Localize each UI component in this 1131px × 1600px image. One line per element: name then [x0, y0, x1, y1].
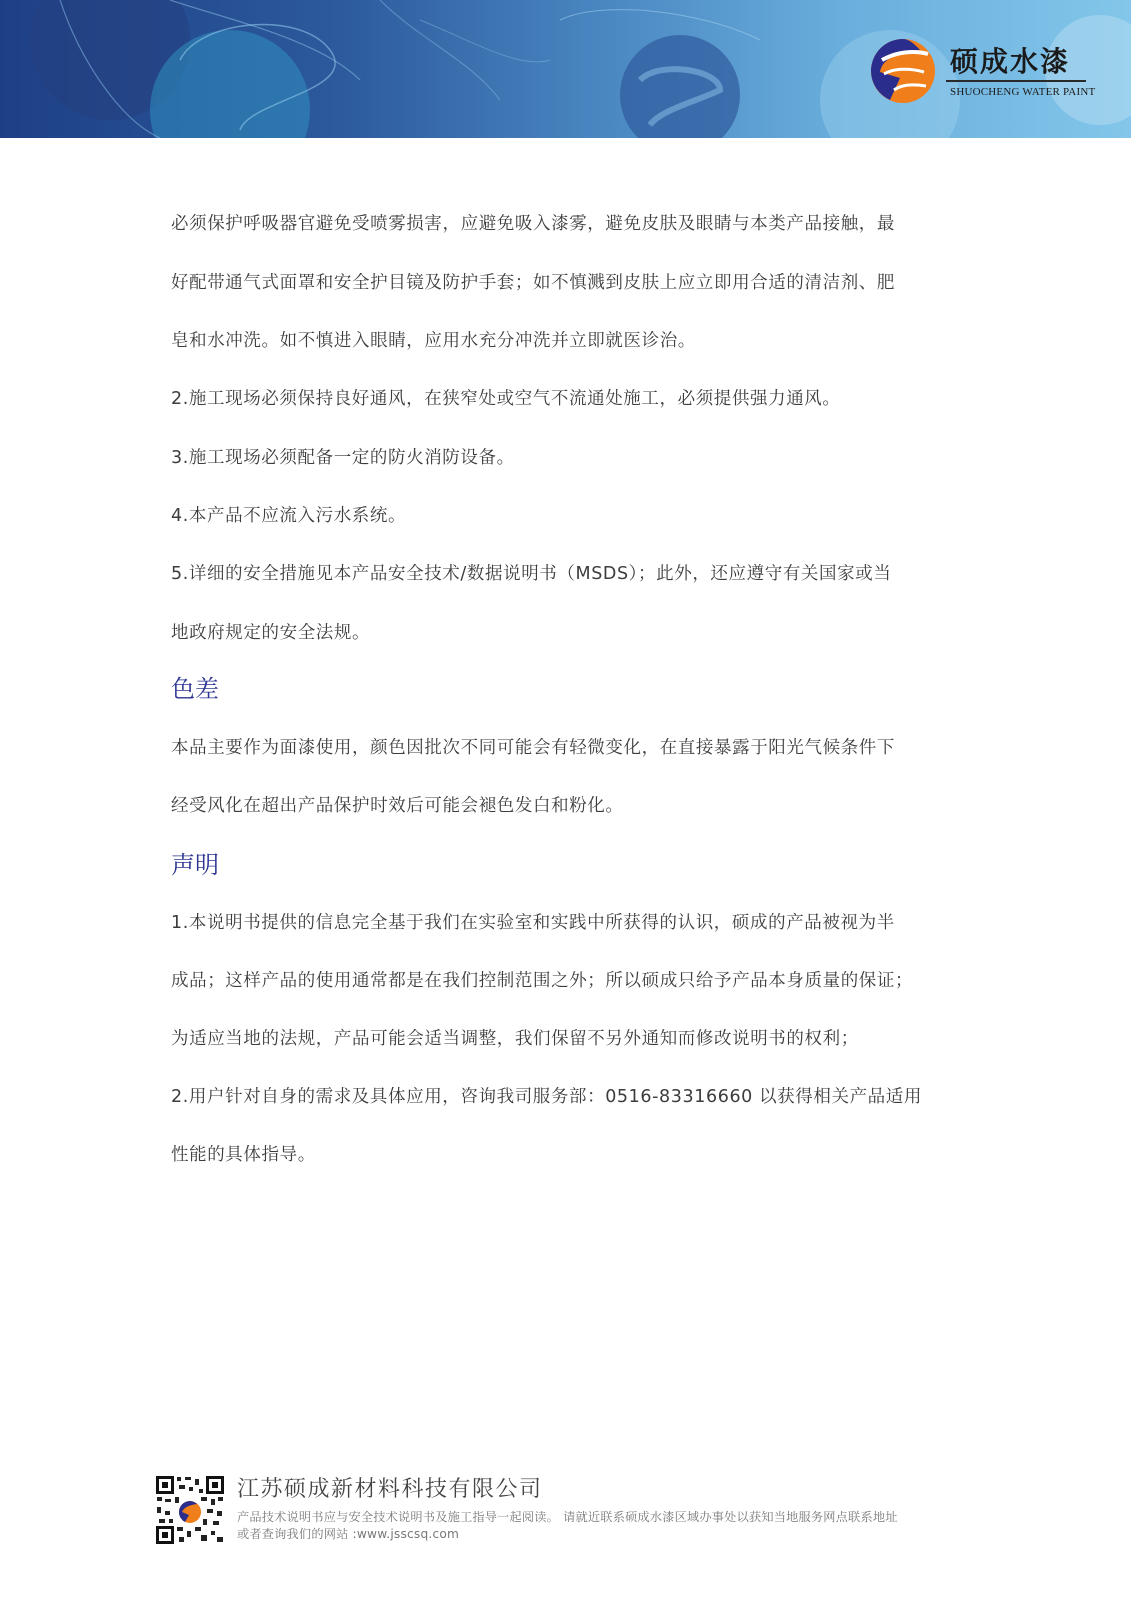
page-footer: 江苏硕成新材料科技有限公司 产品技术说明书应与安全技术说明书及施工指导一起阅读。…	[155, 1475, 965, 1545]
safety-paragraph-line: 必须保护呼吸器官避免受喷雾损害，应避免吸入漆雾，避免皮肤及眼睛与本类产品接触，最	[171, 211, 895, 237]
section-heading-statement: 声明	[171, 850, 219, 880]
color-difference-line: 本品主要作为面漆使用，颜色因批次不同可能会有轻微变化，在直接暴露于阳光气候条件下	[171, 735, 895, 761]
brand-name-cn: 硕成水漆	[950, 40, 1070, 80]
statement-line: 为适应当地的法规，产品可能会适当调整，我们保留不另外通知而修改说明书的权利；	[171, 1026, 859, 1052]
statement-line: 1.本说明书提供的信息完全基于我们在实验室和实践中所获得的认识，硕成的产品被视为…	[171, 910, 895, 936]
section-heading-color-difference: 色差	[171, 674, 219, 704]
shuocheng-logo-icon	[870, 38, 936, 104]
safety-paragraph-line: 好配带通气式面罩和安全护目镜及防护手套；如不慎溅到皮肤上应立即用合适的清洁剂、肥	[171, 270, 895, 296]
safety-item-2: 2.施工现场必须保持良好通风，在狭窄处或空气不流通处施工，必须提供强力通风。	[171, 386, 841, 412]
statement-line: 2.用户针对自身的需求及具体应用，咨询我司服务部：0516-83316660 以…	[171, 1084, 922, 1110]
color-difference-line: 经受风化在超出产品保护时效后可能会褪色发白和粉化。	[171, 793, 624, 819]
statement-line: 性能的具体指导。	[171, 1142, 316, 1168]
safety-paragraph-line: 皂和水冲洗。如不慎进入眼睛，应用水充分冲洗并立即就医诊治。	[171, 328, 696, 354]
safety-item-5: 5.详细的安全措施见本产品安全技术/数据说明书（MSDS）；此外，还应遵守有关国…	[171, 561, 891, 587]
brand-divider	[946, 80, 1086, 82]
statement-line: 成品；这样产品的使用通常都是在我们控制范围之外；所以硕成只给予产品本身质量的保证…	[171, 968, 913, 994]
brand-logo: 硕成水漆 SHUOCHENG WATER PAINT	[870, 38, 1090, 110]
company-name: 江苏硕成新材料科技有限公司	[237, 1472, 543, 1503]
safety-item-4: 4.本产品不应流入污水系统。	[171, 503, 406, 529]
header-banner: 硕成水漆 SHUOCHENG WATER PAINT	[0, 0, 1131, 138]
footer-note-line2: 或者查询我们的网站 :www.jsscsq.com	[237, 1525, 459, 1542]
brand-name-en: SHUOCHENG WATER PAINT	[950, 86, 1095, 98]
qr-code-icon[interactable]	[155, 1475, 225, 1545]
safety-item-3: 3.施工现场必须配备一定的防火消防设备。	[171, 445, 515, 471]
safety-item-5-cont: 地政府规定的安全法规。	[171, 620, 370, 646]
footer-note-line1: 产品技术说明书应与安全技术说明书及施工指导一起阅读。 请就近联系硕成水漆区域办事…	[237, 1508, 898, 1525]
